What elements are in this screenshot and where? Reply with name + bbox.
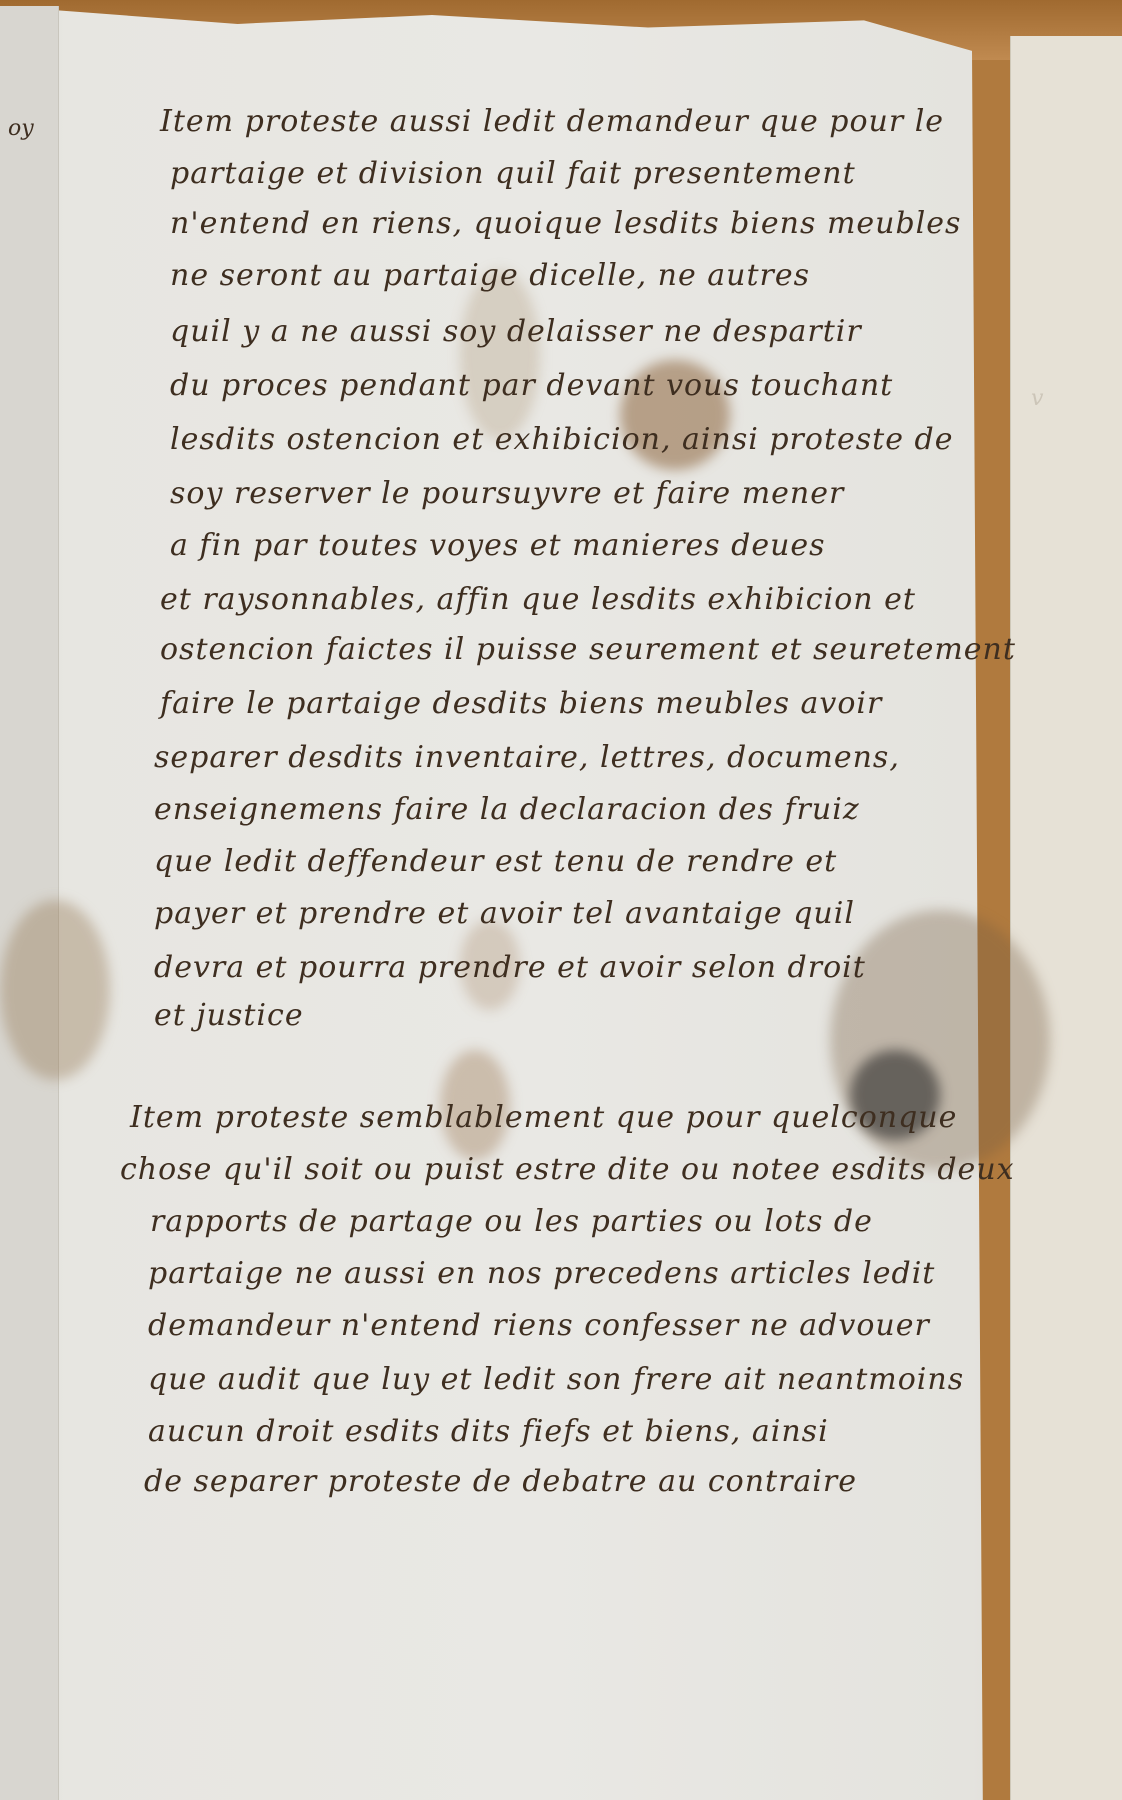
text-line: Item proteste aussi ledit demandeur que … xyxy=(160,104,944,139)
text-line: et raysonnables, affin que lesdits exhib… xyxy=(160,582,916,617)
text-line: payer et prendre et avoir tel avantaige … xyxy=(154,896,855,931)
text-line: faire le partaige desdits biens meubles … xyxy=(160,686,882,721)
text-line: lesdits ostencion et exhibicion, ainsi p… xyxy=(170,422,953,457)
water-stain xyxy=(460,270,540,440)
text-line: de separer proteste de debatre au contra… xyxy=(144,1464,857,1499)
text-line: separer desdits inventaire, lettres, doc… xyxy=(154,740,900,775)
text-line: n'entend en riens, quoique lesdits biens… xyxy=(170,206,961,241)
text-line: partaige ne aussi en nos precedens artic… xyxy=(148,1256,935,1291)
margin-fragment: v xyxy=(1031,386,1043,411)
text-line: et justice xyxy=(154,998,304,1033)
water-stain xyxy=(0,900,110,1080)
text-line: demandeur n'entend riens confesser ne ad… xyxy=(148,1308,930,1343)
text-line: quil y a ne aussi soy delaisser ne despa… xyxy=(170,314,862,349)
text-line: partaige et division quil fait presentem… xyxy=(170,156,856,191)
text-line: rapports de partage ou les parties ou lo… xyxy=(150,1204,873,1239)
text-line: a fin par toutes voyes et manieres deues xyxy=(170,528,826,563)
text-line: soy reserver le poursuyvre et faire mene… xyxy=(170,476,844,511)
text-line: que audit que luy et ledit son frere ait… xyxy=(148,1362,964,1397)
text-line: chose qu'il soit ou puist estre dite ou … xyxy=(120,1152,1015,1187)
text-line: ne seront au partaige dicelle, ne autres xyxy=(170,258,810,293)
text-line: aucun droit esdits dits fiefs et biens, … xyxy=(148,1414,829,1449)
text-line: devra et pourra prendre et avoir selon d… xyxy=(154,950,866,985)
text-line: ostencion faictes il puisse seurement et… xyxy=(160,632,1016,667)
text-line: du proces pendant par devant vous toucha… xyxy=(170,368,893,403)
text-line: que ledit deffendeur est tenu de rendre … xyxy=(154,844,837,879)
text-line: Item proteste semblablement que pour que… xyxy=(130,1100,957,1135)
text-line: enseignemens faire la declaracion des fr… xyxy=(154,792,860,827)
underlying-page: v xyxy=(1010,36,1122,1800)
margin-fragment: oy xyxy=(8,116,34,141)
